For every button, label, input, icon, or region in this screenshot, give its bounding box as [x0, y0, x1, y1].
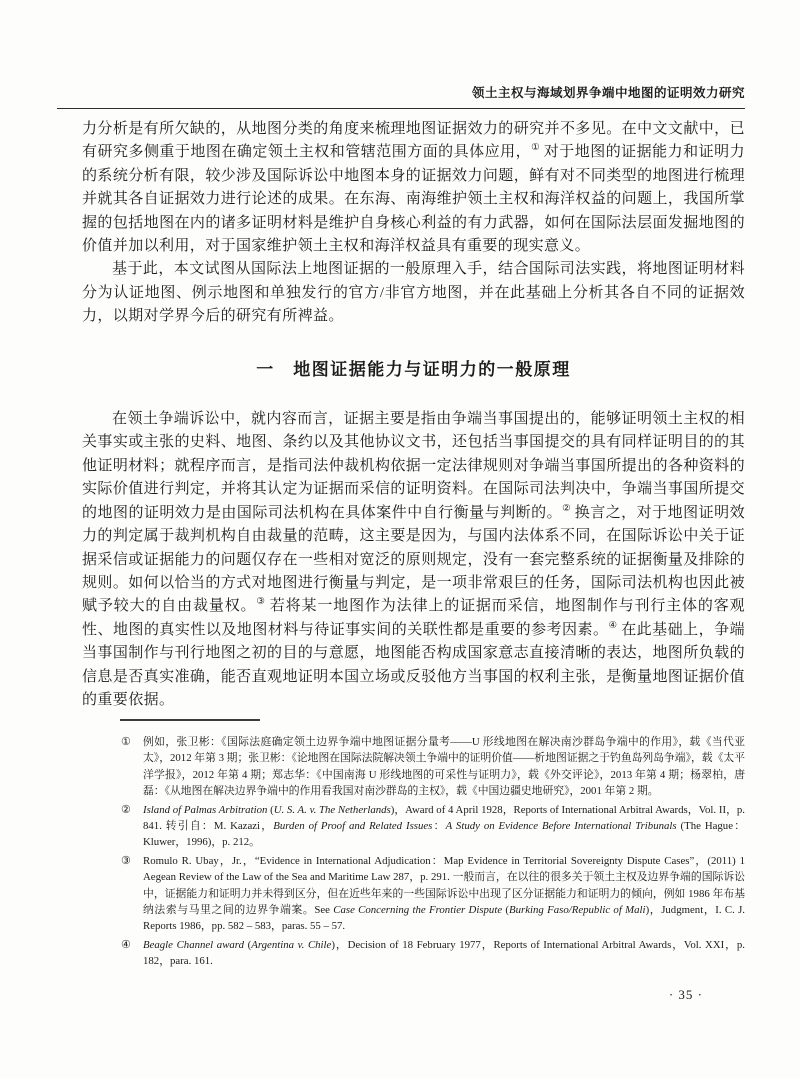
- paragraph-1: 力分析是有所欠缺的，从地图分类的角度来梳理地图证据效力的研究并不多见。在中文文献…: [82, 118, 745, 258]
- section-heading: 一 地图证据能力与证明力的一般原理: [82, 358, 745, 381]
- paragraph-2: 基于此，本文试图从国际法上地图证据的一般原理入手，结合国际司法实践，将地图证明材…: [82, 258, 745, 328]
- footnote-text: 例如，张卫彬：《国际法庭确定领土边界争端中地图证据分量考——U 形线地图在解决南…: [143, 736, 745, 797]
- footnote-marker: ②: [121, 802, 131, 818]
- footnote-3: ③ Romulo R. Ubay，Jr.，“Evidence in Intern…: [82, 853, 745, 935]
- footnote-text: Beagle Channel award (Argentina v. Chile…: [143, 939, 745, 967]
- page-number: · 35 ·: [669, 987, 703, 1003]
- article-body: 力分析是有所欠缺的，从地图分类的角度来梳理地图证据效力的研究并不多见。在中文文献…: [82, 118, 745, 712]
- footnote-marker: ③: [121, 853, 131, 869]
- footnote-1: ① 例如，张卫彬：《国际法庭确定领土边界争端中地图证据分量考——U 形线地图在解…: [82, 734, 745, 800]
- running-head-title: 领土主权与海域划界争端中地图的证明效力研究: [472, 86, 745, 100]
- footnote-marker: ①: [121, 734, 131, 750]
- footnote-separator: [120, 719, 260, 721]
- footnote-marker: ④: [121, 937, 131, 953]
- paragraph-3: 在领土争端诉讼中，就内容而言，证据主要是指由争端当事国提出的，能够证明领土主权的…: [82, 408, 745, 712]
- running-head: 领土主权与海域划界争端中地图的证明效力研究: [57, 83, 745, 109]
- page: 领土主权与海域划界争端中地图的证明效力研究 力分析是有所欠缺的，从地图分类的角度…: [0, 0, 800, 1078]
- footnote-2: ② Island of Palmas Arbitration (U. S. A.…: [82, 802, 745, 851]
- footnote-4: ④ Beagle Channel award (Argentina v. Chi…: [82, 937, 745, 970]
- footnotes-block: ① 例如，张卫彬：《国际法庭确定领土边界争端中地图证据分量考——U 形线地图在解…: [82, 719, 745, 972]
- footnote-text: Romulo R. Ubay，Jr.，“Evidence in Internat…: [143, 855, 745, 933]
- footnote-text: Island of Palmas Arbitration (U. S. A. v…: [143, 804, 745, 849]
